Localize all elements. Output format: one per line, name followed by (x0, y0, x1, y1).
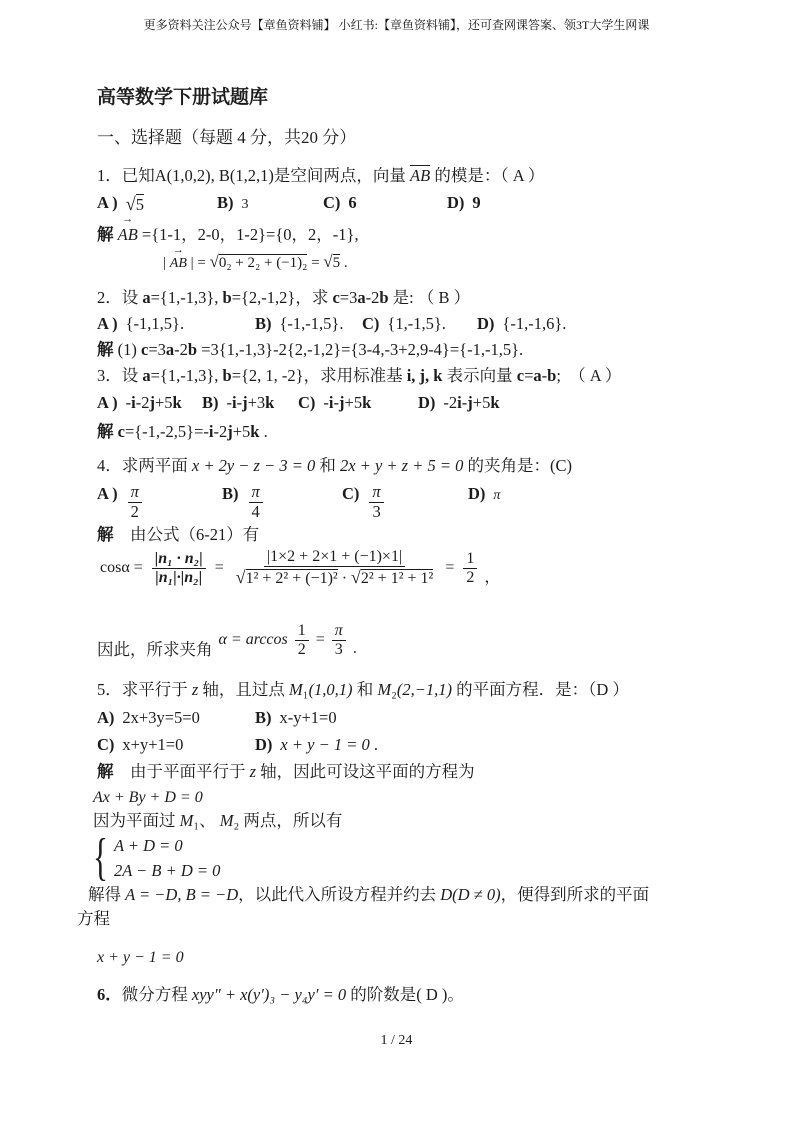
system-equations: A + D = 0 2A − B + D = 0 (114, 835, 220, 881)
q3-option-c: C)-i-j+5k (298, 392, 418, 413)
q4-solution-intro: 解 由公式（6-21）有 (97, 524, 259, 545)
option-value: 3 (242, 192, 249, 214)
q5-solution-line4: 方程 (77, 908, 110, 929)
fraction: π4 (249, 483, 263, 522)
option-label: A) (97, 707, 114, 728)
q4-option-c: C)π3 (342, 483, 468, 522)
option-label: B) (202, 392, 219, 413)
system-line1: A + D = 0 (114, 835, 220, 856)
q3-option-d: D)-2i-j+5k (418, 392, 500, 413)
option-label: B) (222, 483, 239, 504)
q2-option-a: A ){-1,1,5}. (97, 313, 255, 334)
option-value: {-1,-1,5}. (280, 313, 344, 334)
q3-stem: 3．设 a={1,-1,3}, b={2, 1, -2}，求用标准基 i, j,… (97, 365, 621, 386)
option-value: -i-j+5k (323, 392, 371, 413)
equals-sign: = (215, 558, 224, 579)
formula-comma: ， (484, 568, 500, 589)
option-label: A ) (97, 192, 118, 213)
promo-header: 更多资料关注公众号【章鱼资料铺】 小红书:【章鱼资料铺】，还可查网课答案、领3T… (0, 18, 793, 34)
q5-solution-line1: 解 由于平面平行于 z 轴，因此可设这平面的方程为 (97, 761, 475, 782)
q3-option-b: B)-i-j+3k (202, 392, 298, 413)
option-label: D) (477, 313, 494, 334)
q4-option-d: D)π (468, 483, 500, 505)
q1-option-d: D)9 (447, 192, 481, 213)
section-heading: 一、选择题（每题 4 分，共20 分） (97, 127, 356, 149)
option-value: x-y+1=0 (280, 707, 337, 728)
system-line2: 2A − B + D = 0 (114, 860, 220, 881)
left-brace: { (93, 835, 108, 881)
option-label: B) (217, 192, 234, 213)
q4-options: A )π2 B)π4 C)π3 D)π (97, 483, 500, 522)
document-page: 更多资料关注公众号【章鱼资料铺】 小红书:【章鱼资料铺】，还可查网课答案、领3T… (0, 0, 793, 1122)
q5-equation2: x + y − 1 = 0 (97, 948, 184, 969)
fraction: π3 (332, 622, 346, 660)
q1-option-b: B)3 (217, 192, 323, 214)
option-label: B) (255, 313, 272, 334)
fraction: π2 (128, 483, 142, 522)
conclusion-formula: α = arccos 12 = π3 . (219, 622, 357, 660)
formula-lhs: cosα = (100, 558, 143, 579)
option-label: D) (468, 483, 485, 504)
conclusion-text: 因此，所求夹角 (97, 639, 213, 660)
option-label: C) (97, 734, 114, 755)
option-label: A ) (97, 313, 118, 334)
option-label: C) (298, 392, 315, 413)
fraction: 12 (295, 622, 309, 660)
option-value: 9 (472, 192, 480, 213)
q1-options: A )√5 B)3 C)6 D)9 (97, 192, 481, 216)
q5-options-row1: A)2x+3y=5=0 B)x-y+1=0 (97, 707, 337, 728)
q5-options-row2: C)x+y+1=0 D)x + y − 1 = 0 . (97, 734, 378, 755)
option-value: -2i-j+5k (443, 392, 499, 413)
option-label: B) (255, 707, 272, 728)
option-value: x+y+1=0 (122, 734, 183, 755)
q4-option-a: A )π2 (97, 483, 222, 522)
q5-option-c: C)x+y+1=0 (97, 734, 255, 755)
option-label: D) (447, 192, 464, 213)
option-value: -i-j+3k (227, 392, 275, 413)
option-label: A ) (97, 392, 118, 413)
q5-equation-system: { A + D = 0 2A − B + D = 0 (93, 835, 220, 881)
q5-solution-line2: 因为平面过 M₁、 M₂ 两点，所以有 (93, 810, 342, 831)
q1-option-c: C)6 (323, 192, 447, 213)
q4-option-b: B)π4 (222, 483, 342, 522)
page-number: 1 / 24 (0, 1032, 793, 1050)
fraction: |n₁ · n₂||n₁|·|n₂| (152, 550, 206, 588)
equals-sign: = (445, 558, 454, 579)
q2-option-c: C){1,-1,5}. (362, 313, 477, 334)
option-label: D) (418, 392, 435, 413)
q5-option-b: B)x-y+1=0 (255, 707, 337, 728)
q1-solution-line1: 解 AB ={1-1，2-0，1-2}={0，2，-1}, (97, 221, 359, 245)
q5-option-a: A)2x+3y=5=0 (97, 707, 255, 728)
option-label: C) (362, 313, 379, 334)
q1-stem: 1．已知A(1,0,2), B(1,2,1)是空间两点，向量 AB 的模是：（ … (97, 165, 544, 186)
option-value: 2x+3y=5=0 (122, 707, 199, 728)
q2-option-d: D){-1,-1,6}. (477, 313, 566, 334)
q5-option-d: D)x + y − 1 = 0 . (255, 734, 378, 755)
q5-stem: 5．求平行于 z 轴，且过点 M₁(1,0,1) 和 M₂(2,−1,1) 的平… (97, 679, 629, 700)
q4-conclusion: 因此，所求夹角 α = arccos 12 = π3 . (97, 622, 357, 660)
fraction: |1×2 + 2×1 + (−1)×1|√1² + 2² + (−1)² · √… (233, 548, 437, 589)
option-value: {1,-1,5}. (387, 313, 445, 334)
option-value: x + y − 1 = 0 . (280, 734, 378, 755)
fraction: 12 (463, 550, 477, 588)
q3-option-a: A )-i-2j+5k (97, 392, 202, 413)
option-label: C) (342, 483, 359, 504)
q5-equation1: Ax + By + D = 0 (93, 788, 203, 809)
option-value: {-1,1,5}. (126, 313, 184, 334)
option-value: 6 (348, 192, 356, 213)
q2-options: A ){-1,1,5}. B){-1,-1,5}. C){1,-1,5}. D)… (97, 313, 566, 334)
q1-option-a: A )√5 (97, 192, 217, 216)
q3-options: A )-i-2j+5k B)-i-j+3k C)-i-j+5k D)-2i-j+… (97, 392, 500, 413)
q5-solution-line3: 解得 A = −D, B = −D，以此代入所设方程并约去 D(D ≠ 0)，便… (88, 884, 649, 905)
q2-solution: 解 (1) c=3a-2b =3{1,-1,3}-2{2,-1,2}={3-4,… (97, 339, 523, 360)
option-value: {-1,-1,6}. (502, 313, 566, 334)
option-label: A ) (97, 483, 118, 504)
doc-title: 高等数学下册试题库 (97, 86, 268, 111)
q2-stem: 2．设 a={1,-1,3}, b={2,-1,2}，求 c=3a-2b 是: … (97, 287, 470, 308)
q1-solution-line2: | AB | = √0₂ + 2₂ + (−1)₂ = √5 . (163, 251, 348, 274)
option-value: -i-2j+5k (126, 392, 182, 413)
q6-stem: 6．微分方程 xyy″ + x(y′)₃ − y₄y′ = 0 的阶数是( D … (97, 984, 464, 1005)
option-label: C) (323, 192, 340, 213)
q2-option-b: B){-1,-1,5}. (255, 313, 362, 334)
option-label: D) (255, 734, 272, 755)
q4-cos-formula: cosα = |n₁ · n₂||n₁|·|n₂| = |1×2 + 2×1 +… (100, 548, 500, 589)
q3-solution: 解 c={-1,-2,5}=-i-2j+5k . (97, 421, 268, 442)
option-value: π (493, 483, 500, 505)
fraction: π3 (369, 483, 383, 522)
q4-stem: 4．求两平面 x + 2y − z − 3 = 0 和 2x + y + z +… (97, 455, 572, 476)
